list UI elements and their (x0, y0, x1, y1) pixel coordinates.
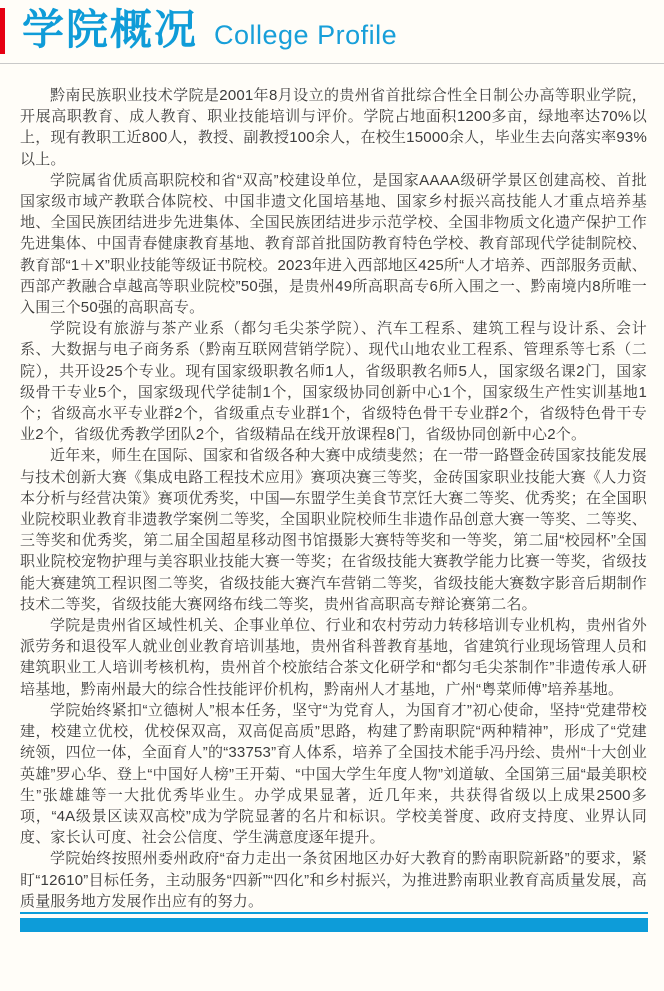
page: 学院概况 College Profile 黔南民族职业技术学院是2001年8月设… (0, 0, 664, 991)
page-subtitle: College Profile (214, 20, 397, 51)
page-title: 学院概况 (22, 2, 198, 58)
red-accent-bar (0, 8, 5, 54)
paragraph-education-system: 学院始终紧扣“立德树人”根本任务，坚守“为党育人，为国育才”初心使命，坚持“党建… (20, 700, 647, 848)
footer-thin-line (20, 912, 648, 914)
paragraph-mission: 学院始终按照州委州政府“奋力走出一条贫困地区办好大教育的黔南职院新路”的要求，紧… (20, 848, 647, 912)
article-body: 黔南民族职业技术学院是2001年8月设立的贵州省首批综合性全日制公办高等职业学院… (20, 85, 647, 912)
paragraph-intro: 黔南民族职业技术学院是2001年8月设立的贵州省首批综合性全日制公办高等职业学院… (20, 85, 647, 170)
paragraph-competitions: 近年来，师生在国际、国家和省级各种大赛中成绩斐然；在一带一路暨金砖国家技能发展与… (20, 445, 647, 615)
header-divider (0, 63, 664, 64)
paragraph-departments: 学院设有旅游与茶产业系（都匀毛尖茶学院）、汽车工程系、建筑工程与设计系、会计系、… (20, 318, 647, 445)
paragraph-honors: 学院属省优质高职院校和省“双高”校建设单位，是国家AAAA级研学景区创建高校、首… (20, 170, 647, 318)
paragraph-training-bases: 学院是贵州省区域性机关、企事业单位、行业和农村劳动力转移培训专业机构，贵州省外派… (20, 615, 647, 700)
title-row: 学院概况 College Profile (22, 2, 397, 58)
footer-blue-bar (20, 918, 648, 932)
